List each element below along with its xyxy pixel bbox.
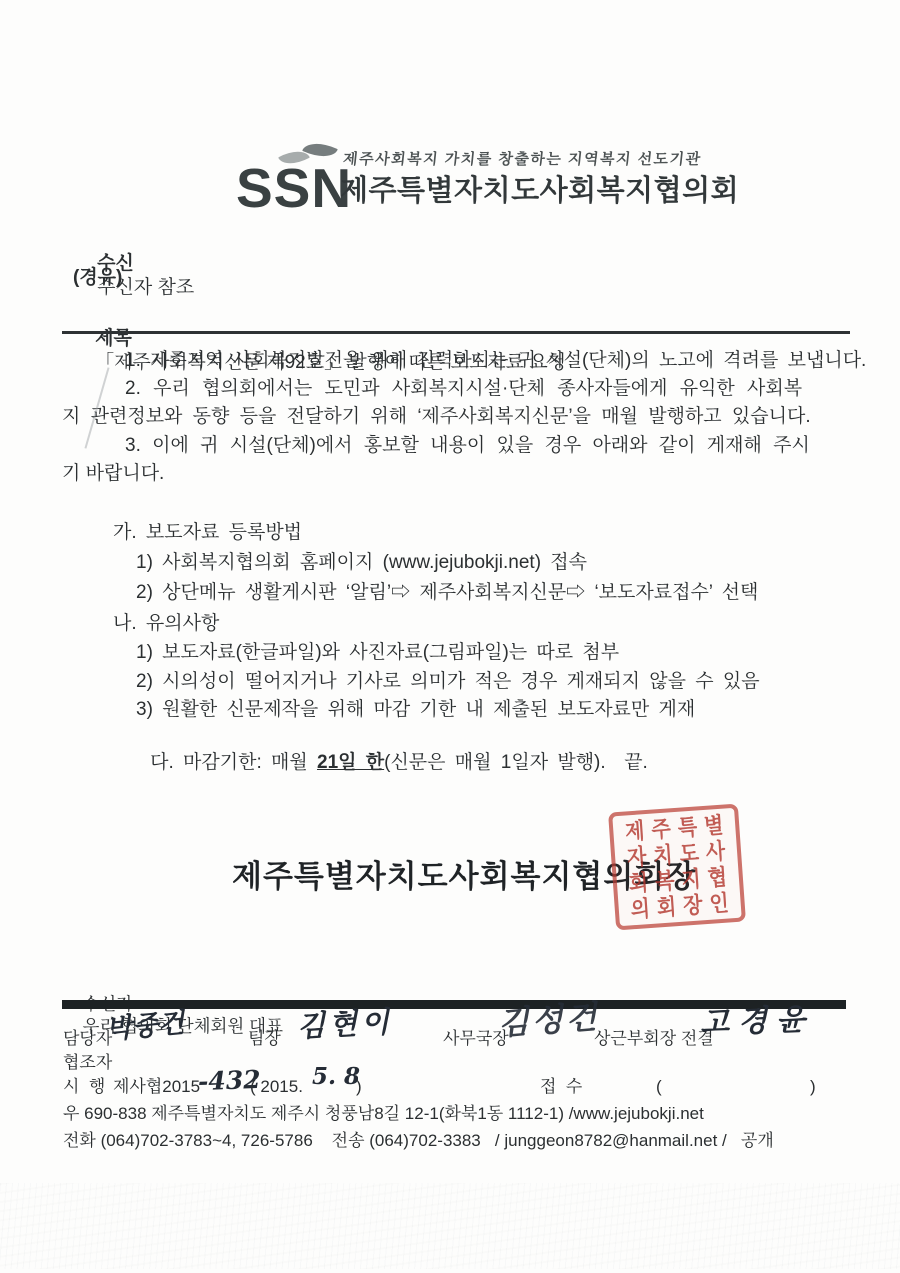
subject-divider-rule	[62, 331, 850, 334]
org-name: 제주특별자치도사회복지협의회	[340, 173, 739, 209]
body-paragraph-2-line-1: 2. 우리 협의회에서는 도민과 사회복지시설·단체 종사자들에게 유익한 사회…	[125, 377, 802, 401]
section-na-heading: 나. 유의사항	[113, 612, 219, 636]
via-line: (경유)	[73, 266, 122, 290]
receipt-paren-open: (	[656, 1076, 662, 1097]
staff-label: 담당자	[63, 1028, 112, 1049]
team-leader-label: 팀장	[248, 1028, 281, 1049]
dispatch-date-handwritten: 5. 8	[312, 1063, 360, 1092]
ga-item-2: 2) 상단메뉴 생활게시판 ‘알림’⇨ 제주사회복지신문⇨ ‘보도자료접수’ 선…	[136, 581, 758, 605]
receipt-label: 접 수	[540, 1076, 582, 1097]
dispatch-label: 시 행	[63, 1076, 105, 1097]
secretary-general-signature: 김성건	[497, 996, 601, 1043]
cooperator-label: 협조자	[63, 1052, 112, 1073]
scan-bleedthrough-texture	[0, 1183, 900, 1269]
section-ga-heading: 가. 보도자료 등록방법	[113, 521, 302, 545]
dispatch-date-open: ( 2015.	[250, 1076, 303, 1097]
deadline-emphasis: 21일 한	[317, 752, 384, 773]
seal-row: 의회장인	[623, 891, 737, 921]
scanned-letter-page: SSN 제주사회복지 가치를 창출하는 지역복지 선도기관 제주특별자치도사회복…	[0, 0, 900, 1273]
vice-chair-label: 상근부회장 전결	[594, 1028, 714, 1049]
deadline-line: 다. 마감기한: 매월 21일 한(신문은 매월 1일자 발행). 끝.	[113, 727, 648, 798]
leaf-right-shape	[302, 136, 338, 164]
org-slogan: 제주사회복지 가치를 창출하는 지역복지 선도기관	[342, 151, 702, 170]
deadline-suffix: (신문은 매월 1일자 발행). 끝.	[384, 752, 648, 773]
body-paragraph-1: 1. 제주지역 사회복지발전을 위해 진력하시는 귀 시설(단체)의 노고에 격…	[125, 349, 866, 373]
body-paragraph-3-line-1: 3. 이에 귀 시설(단체)에서 홍보할 내용이 있을 경우 아래와 같이 게재…	[125, 434, 810, 458]
leaf-icon	[278, 138, 340, 176]
body-paragraph-2-line-2: 지 관련정보와 동향 등을 전달하기 위해 ‘제주사회복지신문’을 매월 발행하…	[62, 405, 811, 429]
doc-number: 제사협2015	[113, 1076, 200, 1097]
na-item-2: 2) 시의성이 떨어지거나 기사로 의미가 적은 경우 게재되지 않을 수 있음	[136, 670, 760, 694]
address-line: 우 690-838 제주특별자치도 제주시 청풍남8길 12-1(화북1동 11…	[63, 1103, 704, 1124]
dispatch-date-close: )	[356, 1076, 362, 1097]
deadline-prefix: 다. 마감기한: 매월	[150, 752, 317, 773]
vice-chair-signature: 고경윤	[699, 1001, 814, 1042]
body-paragraph-3-line-2: 기 바랍니다.	[62, 462, 164, 486]
na-item-1: 1) 보도자료(한글파일)와 사진자료(그림파일)는 따로 첨부	[136, 641, 619, 665]
contact-line: 전화 (064)702-3783~4, 726-5786 전송 (064)702…	[63, 1130, 774, 1151]
official-seal-stamp: 제주특별 자치도사 회복지협 의회장인	[608, 804, 746, 931]
team-leader-signature: 김현이	[296, 1004, 394, 1045]
ga-item-1: 1) 사회복지협의회 홈페이지 (www.jejubokji.net) 접속	[136, 551, 587, 575]
receipt-paren-close: )	[810, 1076, 816, 1097]
na-item-3: 3) 원활한 신문제작을 위해 마감 기한 내 제출된 보도자료만 게재	[136, 698, 695, 722]
staff-signature: 박중건	[105, 1007, 186, 1047]
